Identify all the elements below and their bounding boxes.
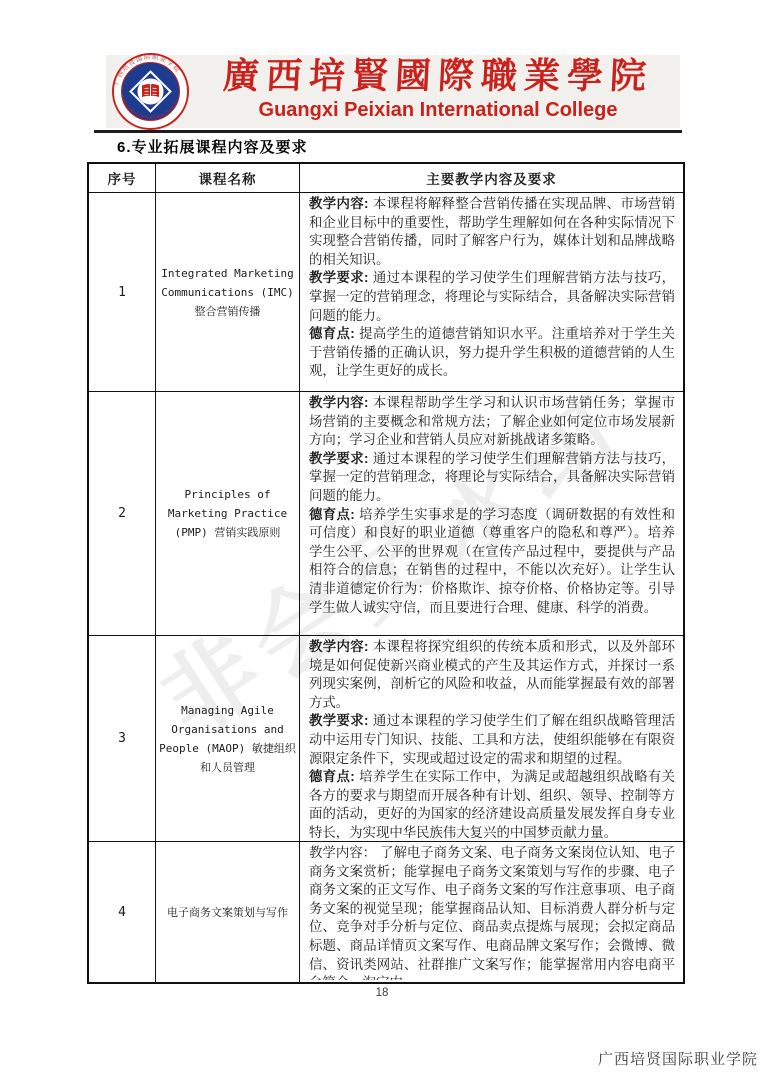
course-name: Principles of Marketing Practice (PMP) 营… (156, 392, 300, 636)
paragraph-label: 德育点: (309, 326, 355, 341)
course-name: 电子商务文案策划与写作 (156, 842, 300, 984)
paragraph-label: 教学要求: (309, 451, 368, 466)
paragraph: 教学内容:本课程将解释整合营销传播在实现品牌、市场营销和企业目标中的重要性，帮助… (309, 195, 675, 269)
paragraph: 教学要求:通过本课程的学习使学生们理解营销方法与技巧，掌握一定的营销理念，将理论… (309, 269, 675, 325)
paragraph: 教学要求:通过本课程的学习使学生们理解营销方法与技巧，掌握一定的营销理念，将理论… (309, 450, 675, 506)
row-number: 2 (88, 392, 156, 636)
paragraph: 教学要求:通过本课程的学习使学生们了解在组织战略管理活动中运用专门知识、技能、工… (309, 712, 675, 768)
paragraph: 教学内容：了解电子商务文案、电子商务文案岗位认知、电子商务文案赏析；能掌握电子商… (309, 844, 675, 980)
paragraph-label: 德育点: (309, 507, 355, 522)
paragraph-label: 教学要求: (309, 270, 368, 285)
paragraph-label: 教学内容: (309, 196, 368, 211)
paragraph-text: 培养学生在实际工作中，为满足或超越组织战略有关各方的要求与期望而开展各种有计划、… (309, 769, 675, 839)
table-row: 3 Managing Agile Organisations and Peopl… (88, 636, 684, 842)
paragraph: 教学内容:本课程帮助学生学习和认识市场营销任务；掌握市场营销的主要概念和常规方法… (309, 394, 675, 450)
header-divider-line (94, 130, 682, 133)
college-name-english: Guangxi Peixian International College (212, 99, 664, 122)
paragraph: 德育点:提高学生的道德营销知识水平。注重培养对于学生关于营销传播的正确认识，努力… (309, 325, 675, 381)
table-row: 4 电子商务文案策划与写作 教学内容：了解电子商务文案、电子商务文案岗位认知、电… (88, 842, 684, 984)
row-number: 1 (88, 193, 156, 392)
paragraph-label: 教学内容: (309, 639, 368, 654)
table-row: 2 Principles of Marketing Practice (PMP)… (88, 392, 684, 636)
row-number: 3 (88, 636, 156, 842)
college-seal-logo: 广西培贤国际职业学院 GUANGXI PEIXIAN INTERNATIONAL… (111, 52, 190, 131)
paragraph: 德育点:培养学生实事求是的学习态度（调研数据的有效性和可信度）和良好的职业道德（… (309, 506, 675, 618)
table-row: 1 Integrated Marketing Communications (I… (88, 193, 684, 392)
course-content: 教学内容：了解电子商务文案、电子商务文案岗位认知、电子商务文案赏析；能掌握电子商… (300, 842, 685, 984)
book-icon (142, 84, 159, 97)
header-cell-course: 课程名称 (156, 163, 300, 193)
paragraph: 教学内容:本课程将探究组织的传统本质和形式，以及外部环境是如何促使新兴商业模式的… (309, 638, 675, 712)
course-name: Managing Agile Organisations and People … (156, 636, 300, 842)
course-table: 序号 课程名称 主要教学内容及要求 1 Integrated Marketing… (87, 162, 685, 984)
course-name: Integrated Marketing Communications (IMC… (156, 193, 300, 392)
table-header-row: 序号 课程名称 主要教学内容及要求 (88, 163, 684, 193)
paragraph: 德育点:培养学生在实际工作中，为满足或超越组织战略有关各方的要求与期望而开展各种… (309, 768, 675, 839)
section-heading: 6.专业拓展课程内容及要求 (117, 136, 308, 157)
paragraph-label: 教学内容: (309, 395, 368, 410)
paragraph-text: 提高学生的道德营销知识水平。注重培养对于学生关于营销传播的正确认识，努力提升学生… (309, 326, 675, 378)
page-number: 18 (0, 987, 764, 999)
paragraph-label: 教学内容： (309, 845, 376, 860)
course-content: 教学内容:本课程将解释整合营销传播在实现品牌、市场营销和企业目标中的重要性，帮助… (300, 193, 685, 392)
course-content: 教学内容:本课程将探究组织的传统本质和形式，以及外部环境是如何促使新兴商业模式的… (300, 636, 685, 842)
row-number: 4 (88, 842, 156, 984)
paragraph-label: 教学要求: (309, 713, 368, 728)
header-cell-number: 序号 (88, 163, 156, 193)
footer-college-name: 广西培贤国际职业学院 (598, 1048, 758, 1069)
paragraph-label: 德育点: (309, 769, 355, 784)
paragraph-text: 培养学生实事求是的学习态度（调研数据的有效性和可信度）和良好的职业道德（尊重客户… (309, 507, 675, 615)
header-cell-content: 主要教学内容及要求 (300, 163, 685, 193)
paragraph-text: 了解电子商务文案、电子商务文案岗位认知、电子商务文案赏析；能掌握电子商务文案策划… (309, 845, 675, 980)
course-content: 教学内容:本课程帮助学生学习和认识市场营销任务；掌握市场营销的主要概念和常规方法… (300, 392, 685, 636)
college-name-chinese: 廣西培賢國際職業學院 (211, 56, 665, 96)
